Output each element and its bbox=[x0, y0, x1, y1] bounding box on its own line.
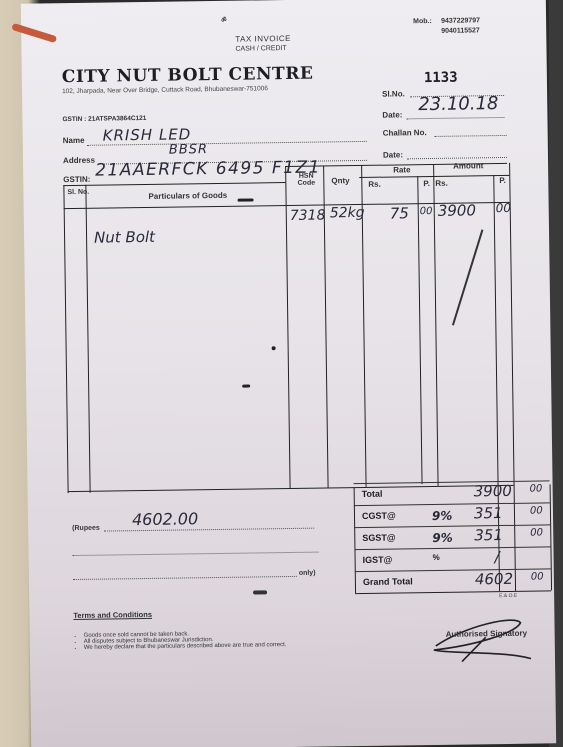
sgst-p: 00 bbox=[530, 527, 543, 538]
item-rate-p[interactable]: 00 bbox=[420, 206, 433, 217]
cgst-label: CGST@ bbox=[362, 511, 396, 521]
grand-total-p: 00 bbox=[531, 571, 544, 582]
invoice-paper: ॐ TAX INVOICE CASH / CREDIT Mob.: 943722… bbox=[21, 0, 556, 747]
company-address: 102, Jharpada, Near Over Bridge, Cuttack… bbox=[62, 85, 268, 95]
gstin-label: GSTIN: bbox=[63, 175, 90, 184]
item-amount-rs[interactable]: 3900 bbox=[438, 201, 476, 220]
grand-total-label: Grand Total bbox=[363, 576, 413, 587]
authorised-signatory: Authorised Signatory bbox=[446, 629, 527, 639]
terms-list: Goods once sold cannot be taken back. Al… bbox=[70, 630, 287, 651]
company-gstin: GSTIN : 21ATSPA3864C121 bbox=[62, 115, 146, 123]
challan-date-field[interactable] bbox=[407, 157, 507, 159]
challan-date-label: Date: bbox=[383, 150, 403, 159]
sgst-rate: 9% bbox=[432, 531, 453, 545]
item-particulars[interactable]: Nut Bolt bbox=[94, 228, 155, 247]
item-qty[interactable]: 52kg bbox=[330, 205, 365, 221]
name-label: Name bbox=[63, 136, 85, 145]
sgst-rs: 351 bbox=[474, 526, 503, 544]
col-qty: Qnty bbox=[331, 176, 349, 185]
address-value[interactable]: BBSR bbox=[169, 142, 208, 158]
serial-number: 1133 bbox=[424, 70, 458, 86]
igst-rs: / bbox=[494, 548, 499, 566]
col-amount-p: P. bbox=[499, 176, 506, 185]
col-hsn: HSN Code bbox=[291, 173, 321, 187]
gstin-value[interactable]: 21AAERFCK 6495 F1Z1 bbox=[95, 158, 321, 181]
address-label: Address bbox=[63, 156, 95, 165]
slno-label: Sl.No. bbox=[382, 89, 405, 98]
rupees-value[interactable]: 4602.00 bbox=[132, 509, 198, 529]
col-rate-rs: Rs. bbox=[368, 180, 381, 189]
total-p: 00 bbox=[530, 483, 543, 494]
col-rate: Rate bbox=[393, 165, 410, 174]
date-value[interactable]: 23.10.18 bbox=[418, 93, 498, 115]
mobile-1: 9437229797 bbox=[441, 17, 480, 25]
ink-smudge bbox=[238, 198, 254, 201]
terms-title: Terms and Conditions bbox=[73, 610, 152, 620]
grand-total-row: Grand Total 4602 00 bbox=[355, 568, 551, 594]
col-amount-rs: Rs. bbox=[435, 179, 448, 188]
ink-smudge bbox=[272, 346, 276, 350]
company-name: CITY NUT BOLT CENTRE bbox=[62, 64, 314, 88]
only-suffix: only) bbox=[299, 570, 316, 577]
cgst-rs: 351 bbox=[474, 504, 503, 522]
item-amount-p[interactable]: 00 bbox=[496, 201, 511, 215]
igst-label: IGST@ bbox=[363, 555, 393, 565]
ink-smudge bbox=[253, 590, 267, 594]
grand-total-rs: 4602 bbox=[475, 570, 513, 589]
challan-label: Challan No. bbox=[383, 128, 427, 138]
eoe-note: E.& O.E bbox=[499, 593, 517, 599]
mobile-2: 9040115527 bbox=[441, 27, 480, 35]
rupees-label: (Rupees bbox=[72, 525, 100, 532]
doc-type: TAX INVOICE bbox=[235, 34, 291, 44]
cgst-rate: 9% bbox=[432, 509, 453, 523]
sgst-label: SGST@ bbox=[362, 533, 395, 543]
total-label: Total bbox=[362, 489, 383, 499]
item-hsn[interactable]: 7318 bbox=[290, 207, 326, 223]
table-row: Nut Bolt 7318 52kg 75 00 3900 00 bbox=[21, 0, 546, 4]
item-rate-rs[interactable]: 75 bbox=[390, 204, 409, 222]
challan-field[interactable] bbox=[435, 135, 507, 137]
col-amount: Amount bbox=[453, 161, 483, 170]
total-rs: 3900 bbox=[474, 482, 512, 501]
ink-smudge bbox=[242, 385, 250, 388]
date-label: Date: bbox=[382, 110, 402, 119]
igst-rate: % bbox=[433, 553, 440, 562]
mobile-label: Mob.: bbox=[413, 18, 432, 25]
col-rate-p: P. bbox=[423, 179, 430, 188]
top-mark: ॐ bbox=[221, 16, 227, 24]
strike-mark bbox=[452, 229, 483, 325]
cgst-p: 00 bbox=[530, 505, 543, 516]
col-particulars: Particulars of Goods bbox=[148, 191, 227, 201]
payment-type: CASH / CREDIT bbox=[235, 45, 286, 53]
signature-scribble bbox=[425, 615, 536, 665]
